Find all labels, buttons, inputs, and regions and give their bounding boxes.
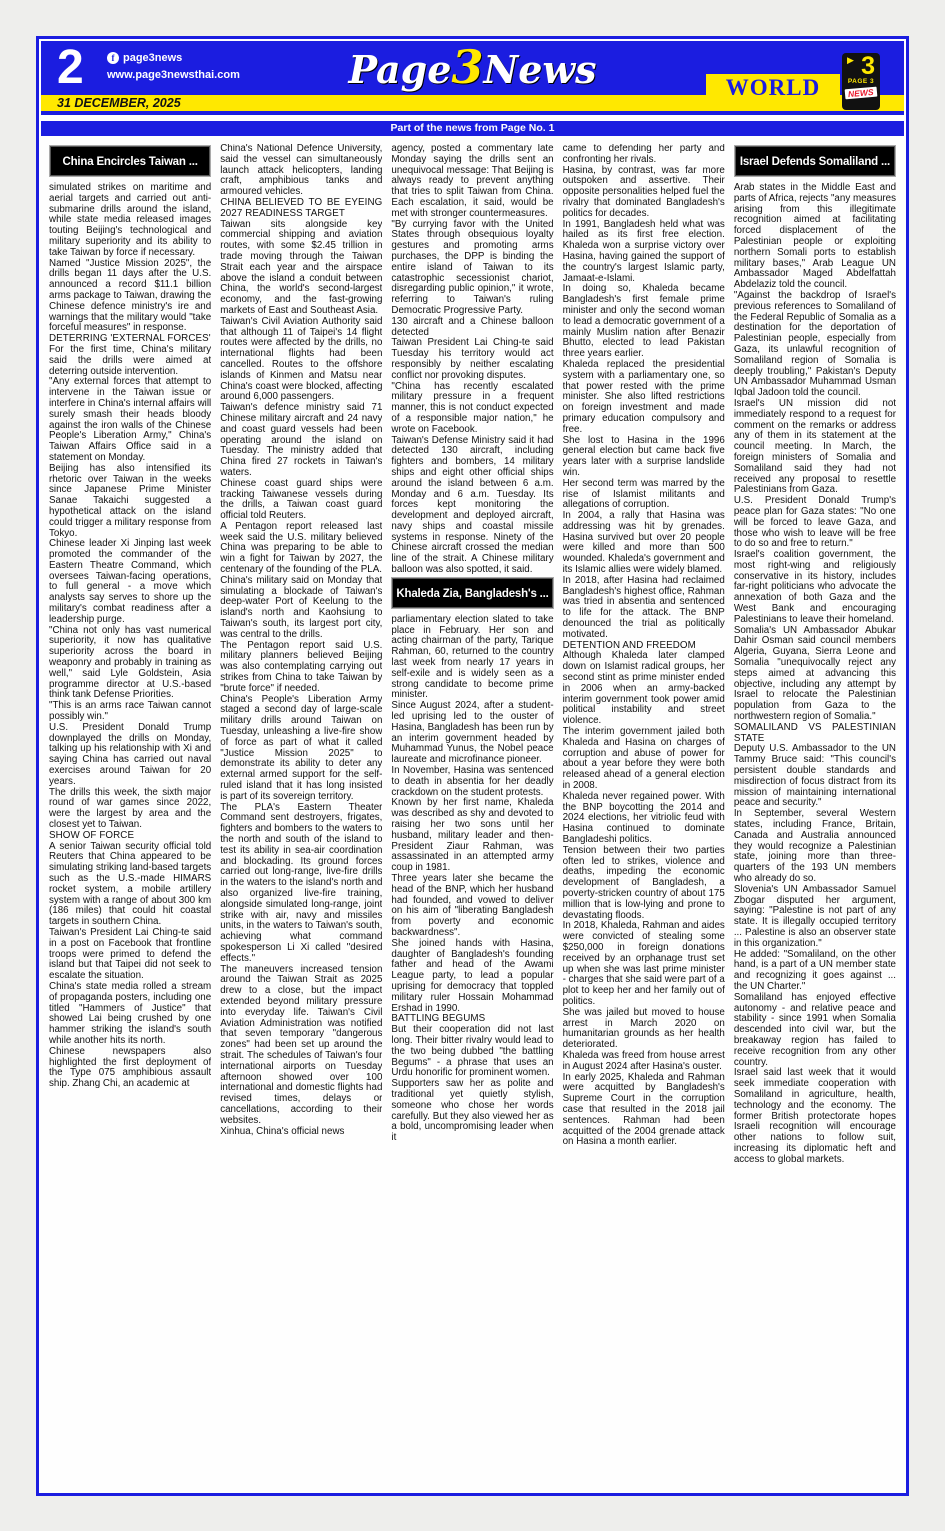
news-column: agency, posted a commentary late Monday … (391, 144, 553, 1486)
article-paragraph: Taiwan sits alongside key commercial shi… (220, 220, 382, 317)
article-paragraph: China's National Defence University, sai… (220, 144, 382, 198)
article-paragraph: Supporters saw her as polite and traditi… (391, 1079, 553, 1144)
article-paragraph: Beijing has also intensified its rhetori… (49, 464, 211, 540)
article-paragraph: The drills this week, the sixth major ro… (49, 788, 211, 831)
columns: China Encircles Taiwan ...simulated stri… (39, 136, 906, 1492)
article-paragraph: In 2004, a rally that Hasina was address… (563, 511, 725, 576)
article-paragraph: U.S. President Donald Trump's peace plan… (734, 496, 896, 550)
article-paragraph: She was jailed but moved to house arrest… (563, 1008, 725, 1051)
article-paragraph: "Against the backdrop of Israel's previo… (734, 291, 896, 399)
masthead-title-three: 3 (451, 40, 483, 94)
article-paragraph: "By currying favor with the United State… (391, 220, 553, 317)
news-column: China Encircles Taiwan ...simulated stri… (49, 144, 211, 1486)
masthead-title-page: Page (349, 47, 452, 92)
masthead-title: Page3News (349, 41, 597, 96)
logo-news-badge: NEWS (845, 87, 877, 100)
article-paragraph: agency, posted a commentary late Monday … (391, 144, 553, 220)
article-paragraph: Taiwan's Civil Aviation Authority said t… (220, 317, 382, 403)
article-paragraph: The maneuvers increased tension around t… (220, 965, 382, 1127)
logo-flag-icon: ▶ (847, 56, 854, 65)
page-number: 2 (57, 41, 84, 95)
article-paragraph: A Pentagon report released last week sai… (220, 522, 382, 576)
article-paragraph: Deputy U.S. Ambassador to the UN Tammy B… (734, 744, 896, 809)
section-subhead: CHINA BELIEVED TO BE EYEING 2027 READINE… (220, 198, 382, 220)
social-block: f page3news www.page3newsthai.com (107, 52, 240, 86)
article-paragraph: She lost to Hasina in the 1996 general e… (563, 436, 725, 479)
social-handle: page3news (123, 52, 182, 64)
article-paragraph: Somalia's UN Ambassador Abukar Dahir Osm… (734, 626, 896, 723)
news-column: came to defending her party and confront… (563, 144, 725, 1486)
article-paragraph: For the first time, China's military sai… (49, 345, 211, 377)
facebook-icon: f (107, 52, 119, 64)
article-paragraph: Three years later she became the head of… (391, 874, 553, 939)
article-paragraph: Although Khaleda later clamped down on I… (563, 651, 725, 727)
article-paragraph: A senior Taiwan security official told R… (49, 842, 211, 928)
article-paragraph: Taiwan's defence ministry said 71 Chines… (220, 403, 382, 479)
article-paragraph: "China has recently escalated military p… (391, 382, 553, 436)
logo-numeral: 3 (861, 56, 875, 76)
article-paragraph: The Pentagon report said U.S. military p… (220, 641, 382, 695)
page3-logo: ▶ 3 PAGE 3 NEWS (842, 53, 880, 110)
article-paragraph: "China not only has vast numerical super… (49, 626, 211, 702)
article-paragraph: In 2018, Khaleda, Rahman and aides were … (563, 921, 725, 1007)
article-paragraph: U.S. President Donald Trump downplayed t… (49, 723, 211, 788)
article-paragraph: In 1991, Bangladesh held what was hailed… (563, 220, 725, 285)
article-paragraph: He added: "Somaliland, on the other hand… (734, 950, 896, 993)
article-paragraph: Tension between their two parties often … (563, 846, 725, 922)
article-headline: China Encircles Taiwan ... (50, 146, 210, 176)
article-paragraph: In September, several Western states, in… (734, 809, 896, 885)
article-paragraph: In early 2025, Khaleda and Rahman were a… (563, 1073, 725, 1149)
article-paragraph: Xinhua, China's official news (220, 1127, 382, 1138)
article-paragraph: Hasina, by contrast, was far more outspo… (563, 166, 725, 220)
article-paragraph: Named "Justice Mission 2025", the drills… (49, 259, 211, 335)
article-paragraph: The PLA's Eastern Theater Command sent d… (220, 803, 382, 965)
article-paragraph: China's state media rolled a stream of p… (49, 982, 211, 1047)
article-paragraph: Israel's coalition government, the most … (734, 550, 896, 626)
news-column: China's National Defence University, sai… (220, 144, 382, 1486)
masthead: 2 f page3news www.page3newsthai.com Page… (41, 41, 904, 115)
section-subhead: SHOW OF FORCE (49, 831, 211, 842)
article-paragraph: She joined hands with Hasina, daughter o… (391, 939, 553, 1015)
article-paragraph: Khaleda replaced the presidential system… (563, 360, 725, 436)
article-paragraph: "This is an arms race Taiwan cannot poss… (49, 701, 211, 723)
website-url: www.page3newsthai.com (107, 69, 240, 81)
logo-page3-label: PAGE 3 (848, 78, 874, 85)
article-paragraph: Khaleda was freed from house arrest in A… (563, 1051, 725, 1073)
article-paragraph: In doing so, Khaleda became Bangladesh's… (563, 284, 725, 360)
article-paragraph: Khaleda never regained power. With the B… (563, 792, 725, 846)
date-strip: 31 DECEMBER, 2025 (41, 95, 904, 111)
article-paragraph: In November, Hasina was sentenced to dea… (391, 766, 553, 798)
newspaper-page: 2 f page3news www.page3newsthai.com Page… (36, 36, 909, 1496)
article-paragraph: 130 aircraft and a Chinese balloon detec… (391, 317, 553, 339)
article-paragraph: China's People's Liberation Army staged … (220, 695, 382, 803)
article-paragraph: Israel's UN mission did not immediately … (734, 399, 896, 496)
article-paragraph: Her second term was marred by the rise o… (563, 479, 725, 511)
article-headline: Israel Defends Somaliland ... (735, 146, 895, 176)
article-paragraph: came to defending her party and confront… (563, 144, 725, 166)
article-paragraph: Israel said last week that it would seek… (734, 1068, 896, 1165)
article-paragraph: "Any external forces that attempt to int… (49, 377, 211, 463)
article-paragraph: Known by her first name, Khaleda was des… (391, 798, 553, 874)
article-paragraph: Chinese leader Xi Jinping last week prom… (49, 539, 211, 625)
news-column: Israel Defends Somaliland ...Arab states… (734, 144, 896, 1486)
section-subhead: SOMALILAND VS PALESTINIAN STATE (734, 723, 896, 745)
article-paragraph: The interim government jailed both Khale… (563, 727, 725, 792)
article-paragraph: China's military said on Monday that sim… (220, 576, 382, 641)
article-paragraph: Somaliland has enjoyed effective autonom… (734, 993, 896, 1069)
article-paragraph: simulated strikes on maritime and aerial… (49, 183, 211, 259)
article-paragraph: Taiwan's President Lai Ching-te said in … (49, 928, 211, 982)
article-paragraph: Chinese coast guard ships were tracking … (220, 479, 382, 522)
subhead-bar: Part of the news from Page No. 1 (41, 121, 904, 136)
article-paragraph: Taiwan's Defense Ministry said it had de… (391, 436, 553, 576)
article-paragraph: But their cooperation did not last long.… (391, 1025, 553, 1079)
article-paragraph: In 2018, after Hasina had reclaimed Bang… (563, 576, 725, 641)
masthead-title-news: News (483, 47, 596, 92)
article-paragraph: Slovenia's UN Ambassador Samuel Zbogar d… (734, 885, 896, 950)
article-paragraph: parliamentary election slated to take pl… (391, 615, 553, 701)
article-paragraph: Arab states in the Middle East and parts… (734, 183, 896, 291)
article-headline: Khaleda Zia, Bangladesh's ... (392, 578, 552, 608)
article-paragraph: Chinese newspapers also highlighted the … (49, 1047, 211, 1090)
article-paragraph: Since August 2024, after a student-led u… (391, 701, 553, 766)
article-paragraph: Taiwan President Lai Ching-te said Tuesd… (391, 338, 553, 381)
